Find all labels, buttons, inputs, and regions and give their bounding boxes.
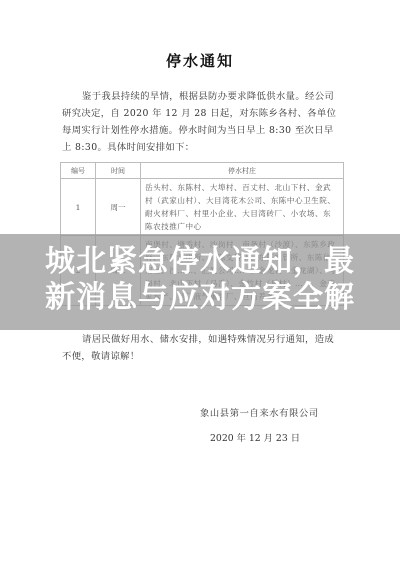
notice-title: 停水通知 (0, 50, 400, 71)
headline-line-2: 新消息与应对方案全解 (0, 280, 400, 316)
table-row: 1 周一 岳头村、东陈村、大埠村、百丈村、北山下村、金武村（武家山村）、大目湾花… (61, 179, 344, 236)
table-header-row: 编号 时间 停水村庄 (61, 163, 344, 179)
header-time: 时间 (96, 163, 141, 179)
cell-time: 周一 (96, 179, 141, 236)
intro-text: 鉴于我县持续的旱情，根据县防办要求降低供水量。经公司研究决定，自 2020 年 … (62, 91, 336, 153)
cell-villages: 岳头村、东陈村、大埠村、百丈村、北山下村、金武村（武家山村）、大目湾花木公司、东… (141, 179, 344, 236)
header-number: 编号 (61, 163, 96, 179)
cell-number: 1 (61, 179, 96, 236)
header-villages: 停水村庄 (141, 163, 344, 179)
closing-paragraph: 请居民做好用水、储水安排，如遇特殊情况另行通知，造成不便，敬请谅解！ (62, 331, 342, 365)
headline-overlay: 城北紧急停水通知，最 新消息与应对方案全解 (0, 244, 400, 316)
company-signature: 象山县第一自来水有限公司 (200, 405, 319, 419)
headline-line-1: 城北紧急停水通知，最 (0, 244, 400, 280)
intro-paragraph: 鉴于我县持续的旱情，根据县防办要求降低供水量。经公司研究决定，自 2020 年 … (62, 88, 342, 156)
notice-date: 2020 年 12 月 23 日 (200, 430, 310, 444)
closing-text: 请居民做好用水、储水安排，如遇特殊情况另行通知，造成不便，敬请谅解！ (62, 334, 334, 362)
